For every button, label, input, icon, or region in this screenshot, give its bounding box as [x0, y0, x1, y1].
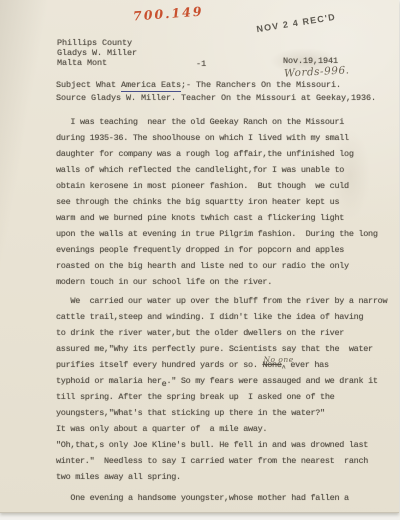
body-line: It was only about a quarter of a mile aw… — [56, 421, 392, 437]
body-line: winter." Needless to say I carried water… — [56, 453, 392, 469]
body-line: evenings people frequently dropped in fo… — [56, 242, 392, 258]
page-number: -1 — [196, 59, 206, 69]
body-line: roasted on the big hearth and liste ned … — [56, 258, 392, 274]
received-date-stamp: NOV 2 4 REC'D — [256, 12, 337, 34]
body-line: daughter for company was a rough log aff… — [56, 146, 392, 162]
body-line: One evening a handsome youngster,whose m… — [56, 490, 392, 506]
body-line: two miles away all spring. — [56, 469, 392, 485]
body-line-with-dropped-letter: typhoid or malaria here." So my fears we… — [56, 373, 392, 389]
dropped-letter: e — [162, 379, 167, 389]
paragraph-3: One evening a handsome youngster,whose m… — [56, 490, 392, 506]
source-line: Source Gladys W. Miller. Teacher On the … — [56, 92, 392, 105]
handwritten-correction: No one — [263, 352, 293, 368]
insertion-caret: ^ — [282, 365, 286, 373]
body-line: I was teaching near the old Geekay Ranch… — [56, 114, 392, 130]
body-line: assured me,"Why its perfectly pure. Scie… — [56, 341, 392, 357]
body-line: see through the chinks the big squartty … — [56, 194, 392, 210]
body-line: "Oh,that,s only Joe Kline's bull. He fel… — [56, 437, 392, 453]
body-line: during 1935-36. The shoolhouse on which … — [56, 130, 392, 146]
scanned-typewritten-page: { "meta": { "red_number": "700.149", "st… — [0, 0, 400, 520]
body-line: to drink the river water,but the older d… — [56, 325, 392, 341]
subject-suffix: ;- The Ranchers On the Missouri. — [181, 80, 341, 90]
body-text: I was teaching near the old Geekay Ranch… — [56, 114, 392, 506]
body-line-with-correction: purifies itself every hundred yards or s… — [56, 357, 392, 373]
body-line: cattle trail,steep and winding. I didn't… — [56, 309, 392, 325]
line-post: ." So my fears were assauged and we dran… — [166, 376, 377, 386]
line-pre: purifies itself every hundred yards or s… — [56, 360, 262, 370]
body-line: youngsters,"What's that sticking up ther… — [56, 405, 392, 421]
text-column: Subject What America Eats;- The Ranchers… — [56, 79, 392, 506]
subject-prefix: Subject What — [56, 80, 121, 90]
body-line: obtain kerosene in most pioneer fashion.… — [56, 178, 392, 194]
paper-sheet: 700.149 NOV 2 4 REC'D Phillips County Gl… — [0, 0, 399, 513]
paragraph-2: We carried our water up over the bluff f… — [56, 293, 392, 485]
header-town: Malta Mont — [57, 59, 137, 69]
struck-word-wrap: NoneNo one — [262, 360, 281, 370]
body-line: till spring. After the spring break up I… — [56, 389, 392, 405]
header-address-block: Phillips County Gladys W. Miller Malta M… — [57, 39, 137, 68]
body-line: upon the walls at evening in true Pilgri… — [56, 226, 392, 242]
body-line: warm and we burned pine knots twhich cas… — [56, 210, 392, 226]
word-count-handwritten: Words-996. — [284, 64, 350, 79]
body-line: walls of which reflected the candlelight… — [56, 162, 392, 178]
paragraph-1: I was teaching near the old Geekay Ranch… — [56, 114, 392, 290]
filing-number-handwritten: 700.149 — [133, 4, 204, 24]
line-pre: typhoid or malaria her — [56, 376, 162, 386]
subject-line: Subject What America Eats;- The Ranchers… — [56, 79, 392, 92]
subject-underlined-title: America Eats — [121, 80, 181, 92]
body-line: modern touch in our school life on the r… — [56, 274, 392, 290]
body-line: We carried our water up over the bluff f… — [56, 293, 392, 309]
